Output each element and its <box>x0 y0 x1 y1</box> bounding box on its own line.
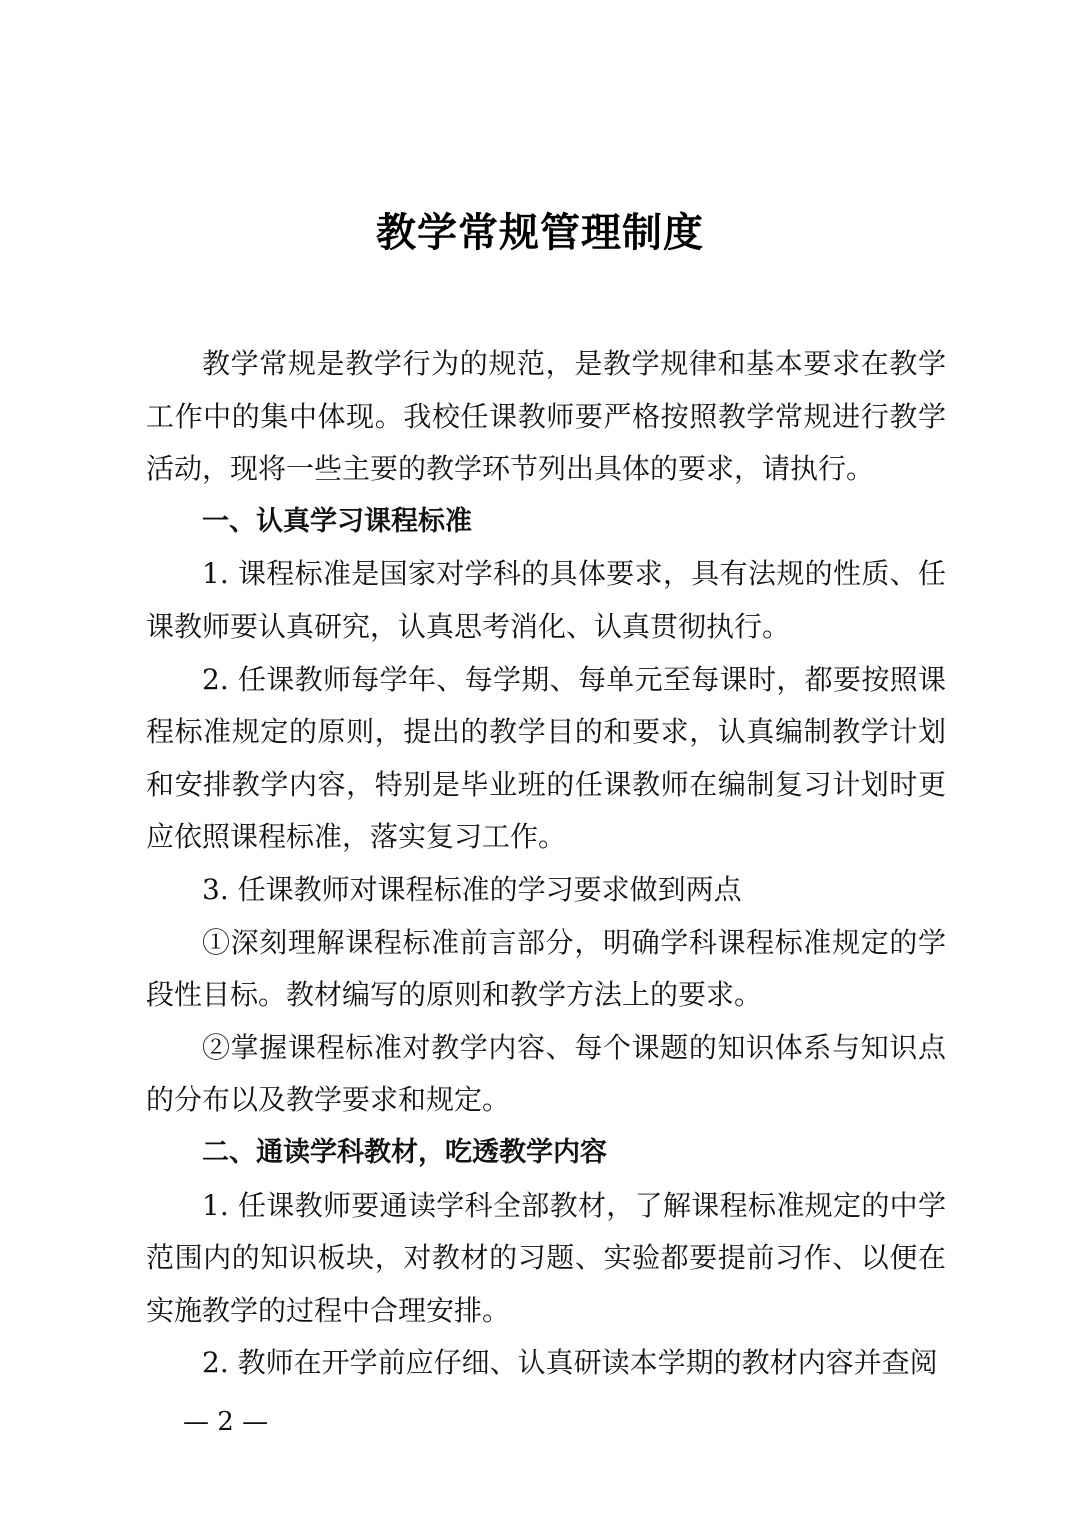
section-1-item-3: 3. 任课教师对课程标准的学习要求做到两点 <box>146 864 946 917</box>
section-2-item-1: 1. 任课教师要通读学科全部教材，了解课程标准规定的中学范围内的知识板块，对教材… <box>146 1180 946 1338</box>
document-body: 教学常规是教学行为的规范，是教学规律和基本要求在教学工作中的集中体现。我校任课教… <box>146 338 946 1390</box>
section-1-item-3-point-2: ②掌握课程标准对教学内容、每个课题的知识体系与知识点的分布以及教学要求和规定。 <box>146 1022 946 1127</box>
section-1-heading: 一、认真学习课程标准 <box>146 496 946 549</box>
document-title: 教学常规管理制度 <box>0 205 1080 261</box>
section-2-item-2: 2. 教师在开学前应仔细、认真研读本学期的教材内容并查阅 <box>146 1337 946 1390</box>
page-number: — 2 — <box>183 1404 268 1440</box>
intro-paragraph: 教学常规是教学行为的规范，是教学规律和基本要求在教学工作中的集中体现。我校任课教… <box>146 338 946 496</box>
document-page: 教学常规管理制度 教学常规是教学行为的规范，是教学规律和基本要求在教学工作中的集… <box>0 0 1080 1527</box>
section-1-item-2: 2. 任课教师每学年、每学期、每单元至每课时，都要按照课程标准规定的原则，提出的… <box>146 654 946 864</box>
section-1-item-3-point-1: ①深刻理解课程标准前言部分，明确学科课程标准规定的学段性目标。教材编写的原则和教… <box>146 917 946 1022</box>
section-1-item-1: 1. 课程标准是国家对学科的具体要求，具有法规的性质、任课教师要认真研究，认真思… <box>146 548 946 653</box>
section-2-heading: 二、通读学科教材，吃透教学内容 <box>146 1127 946 1180</box>
